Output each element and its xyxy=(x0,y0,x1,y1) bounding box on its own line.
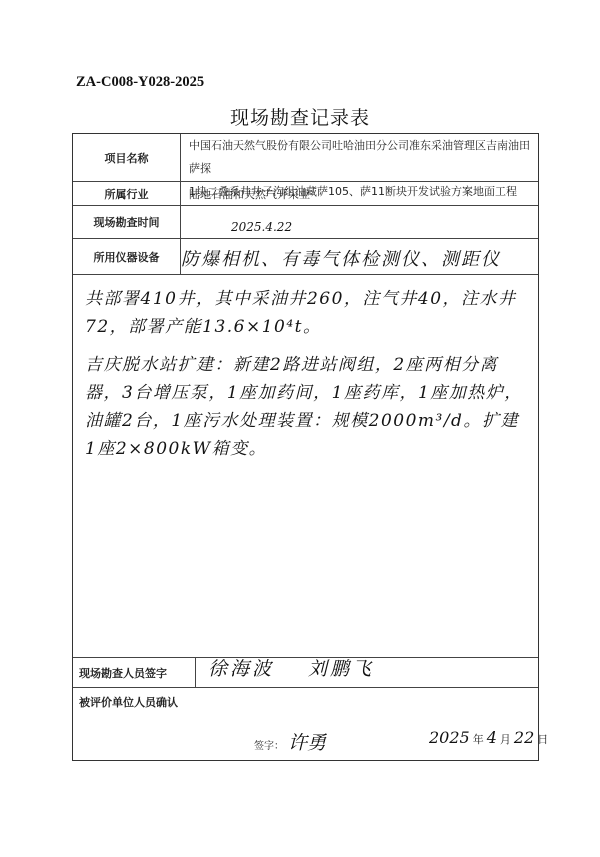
survey-date-handwritten: 2025.4.22 xyxy=(231,220,292,234)
date-year: 2025 xyxy=(429,728,470,747)
project-name-line-1: 中国石油天然气股份有限公司吐哈油田分公司准东采油管理区吉南油田萨探 xyxy=(189,134,538,180)
survey-time-value: 2025.4.22 xyxy=(181,206,538,238)
page-title: 现场勘查记录表 xyxy=(0,103,600,130)
date-year-unit: 年 xyxy=(473,731,484,747)
date-day-unit: 日 xyxy=(537,731,548,747)
row-project-name: 项目名称 中国石油天然气股份有限公司吐哈油田分公司准东采油管理区吉南油田萨探 1… xyxy=(73,134,538,182)
document-code: ZA-C008-Y028-2025 xyxy=(76,74,204,91)
signer-signature: 许勇 xyxy=(288,728,326,755)
industry-value: 陆地石油和天然气开采业 xyxy=(181,182,538,205)
notes-paragraph-2: 吉庆脱水站扩建：新建2路进站阀组，2座两相分离器，3台增压泵，1座加药间，1座药… xyxy=(85,351,528,463)
equipment-handwritten: 防爆相机、有毒气体检测仪、测距仪 xyxy=(181,245,501,271)
surveyor-signature-label: 现场勘查人员签字 xyxy=(73,658,196,687)
row-confirmation: 被评价单位人员确认 签字： 许勇 2025 年 4 月 22 日 xyxy=(73,688,538,762)
row-equipment: 所用仪器设备 防爆相机、有毒气体检测仪、测距仪 xyxy=(73,239,538,275)
equipment-value: 防爆相机、有毒气体检测仪、测距仪 xyxy=(181,239,538,274)
survey-time-label: 现场勘查时间 xyxy=(73,206,181,238)
project-name-value: 中国石油天然气股份有限公司吐哈油田分公司准东采油管理区吉南油田萨探 1块二叠系井… xyxy=(181,134,538,181)
notes-paragraph-1: 共部署410井，其中采油井260，注气井40，注水井72，部署产能13.6×10… xyxy=(85,285,528,341)
date-day: 22 xyxy=(514,728,534,747)
survey-record-form: 项目名称 中国石油天然气股份有限公司吐哈油田分公司准东采油管理区吉南油田萨探 1… xyxy=(72,133,539,761)
confirmation-signature: 签字： 许勇 xyxy=(254,728,326,755)
industry-label: 所属行业 xyxy=(73,182,181,205)
surveyor-signature-2: 刘鹏飞 xyxy=(308,658,374,680)
survey-notes-area: 共部署410井，其中采油井260，注气井40，注水井72，部署产能13.6×10… xyxy=(73,275,538,658)
row-survey-time: 现场勘查时间 2025.4.22 xyxy=(73,206,538,239)
row-industry: 所属行业 陆地石油和天然气开采业 xyxy=(73,182,538,206)
confirmation-date: 2025 年 4 月 22 日 xyxy=(426,728,548,747)
date-month-unit: 月 xyxy=(500,731,511,747)
sign-label: 签字： xyxy=(254,737,284,752)
confirmation-label: 被评价单位人员确认 xyxy=(79,694,178,710)
surveyor-signature-1: 徐海波 xyxy=(208,658,274,680)
equipment-label: 所用仪器设备 xyxy=(73,239,181,274)
project-name-label: 项目名称 xyxy=(73,134,181,181)
row-surveyor-signature: 现场勘查人员签字 徐海波刘鹏飞 xyxy=(73,658,538,688)
surveyor-signatures: 徐海波刘鹏飞 xyxy=(208,654,374,681)
date-month: 4 xyxy=(487,728,497,747)
